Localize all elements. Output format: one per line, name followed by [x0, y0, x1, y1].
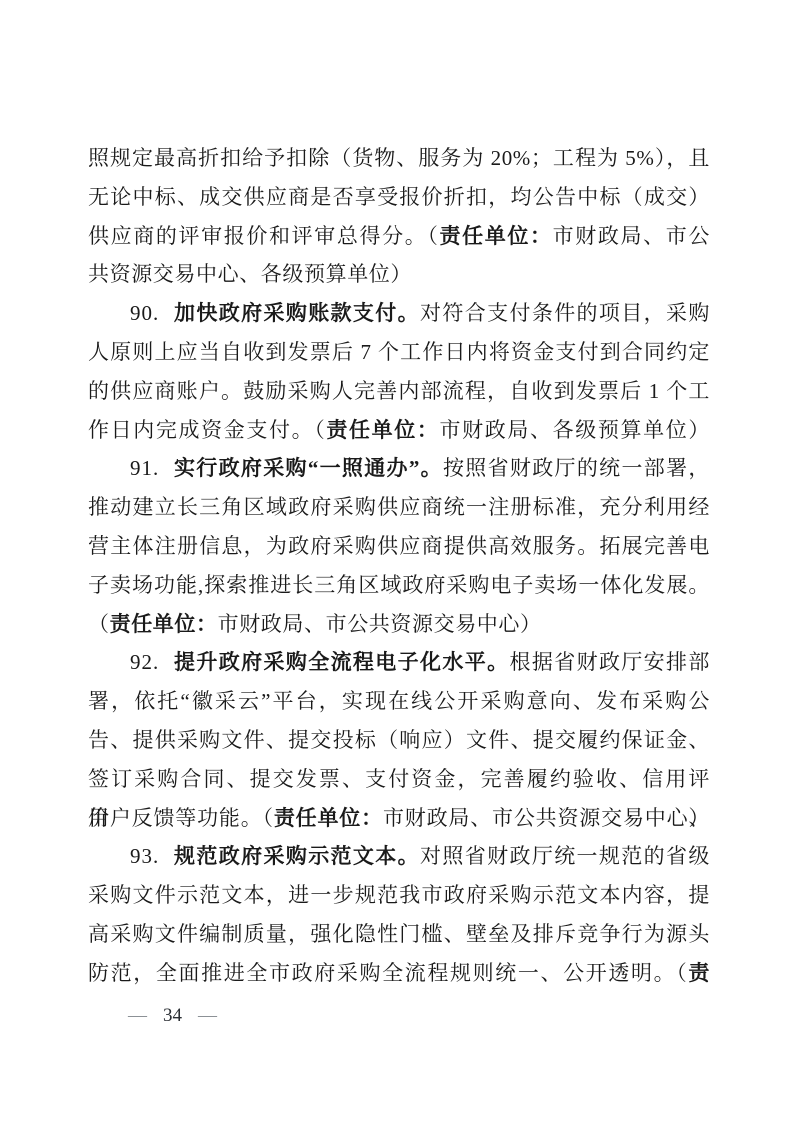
body-text: （: [88, 612, 110, 636]
text-line: 的供应商账户。鼓励采购人完善内部流程，自收到发票后 1 个工: [88, 372, 710, 411]
responsibility-unit: 市财政局、各级预算单位）: [440, 418, 710, 442]
text-line: 90.加快政府采购账款支付。对符合支付条件的项目，采购: [88, 294, 710, 333]
item-title: 加快政府采购账款支付。: [173, 301, 420, 325]
footer-dash-left: —: [128, 1006, 147, 1025]
responsibility-unit: 市财政局、市公共资源交易中心）: [383, 806, 710, 830]
item-title: 提升政府采购全流程电子化水平。: [173, 650, 509, 674]
text-line: 人原则上应当自收到发票后 7 个工作日内将资金支付到合同约定: [88, 333, 710, 372]
text-line: （责任单位：市财政局、市公共资源交易中心）: [88, 605, 710, 644]
paragraph-91: 91.实行政府采购“一照通办”。按照省财政厅的统一部署，推动建立长三角区域政府采…: [88, 449, 710, 643]
body-text: 无论中标、成交供应商是否享受报价折扣，均公告中标（成交）: [88, 185, 710, 209]
paragraph-92: 92.提升政府采购全流程电子化水平。根据省财政厅安排部署，依托“徽采云”平台，实…: [88, 643, 710, 837]
body-text: 照规定最高折扣给予扣除（货物、服务为 20%；工程为 5%），且: [88, 146, 710, 170]
body-text: 署，依托“徽采云”平台，实现在线公开采购意向、发布采购公: [88, 689, 710, 713]
text-line: 共资源交易中心、各级预算单位）: [88, 255, 710, 294]
body-text: 防范，全面推进全市政府采购全流程规则统一、公开透明。（: [88, 961, 688, 985]
body-text: 供应商的评审报价和评审总得分。（: [88, 224, 440, 248]
body-text: 营主体注册信息，为政府采购供应商提供高效服务。拓展完善电: [88, 534, 710, 558]
responsibility-label: 责任单位：: [110, 612, 218, 636]
text-line: 92.提升政府采购全流程电子化水平。根据省财政厅安排部: [88, 643, 710, 682]
text-line: 防范，全面推进全市政府采购全流程规则统一、公开透明。（责: [88, 954, 710, 993]
responsibility-label: 责: [688, 961, 710, 985]
body-text: 推动建立长三角区域政府采购供应商统一注册标准，充分利用经: [88, 495, 710, 519]
responsibility-unit: 市财政局、市公共资源交易中心）: [218, 612, 542, 636]
item-number: 91.: [130, 456, 159, 480]
text-line: 署，依托“徽采云”平台，实现在线公开采购意向、发布采购公: [88, 682, 710, 721]
body-text: 对照省财政厅统一规范的省级: [420, 844, 710, 868]
body-text: 采购文件示范文本，进一步规范我市政府采购示范文本内容，提: [88, 883, 710, 907]
body-text: 按照省财政厅的统一部署，: [443, 456, 710, 480]
page-number: 34: [163, 1006, 182, 1025]
text-line: 高采购文件编制质量，强化隐性门槛、壁垒及排斥竞争行为源头: [88, 915, 710, 954]
item-number: 90.: [130, 301, 159, 325]
text-line: 子卖场功能,探索推进长三角区域政府采购电子卖场一体化发展。: [88, 566, 710, 605]
text-line: 营主体注册信息，为政府采购供应商提供高效服务。拓展完善电: [88, 527, 710, 566]
responsibility-label: 责任单位：: [274, 806, 383, 830]
responsibility-unit: 市财政局、市公: [553, 224, 710, 248]
body-text: 告、提供采购文件、提交投标（响应）文件、提交履约保证金、: [88, 728, 710, 752]
item-title: 实行政府采购“一照通办”。: [173, 456, 443, 480]
paragraph-89-continuation: 照规定最高折扣给予扣除（货物、服务为 20%；工程为 5%），且无论中标、成交供…: [88, 139, 710, 294]
text-line: 无论中标、成交供应商是否享受报价折扣，均公告中标（成交）: [88, 178, 710, 217]
text-line: 供应商的评审报价和评审总得分。（责任单位：市财政局、市公: [88, 217, 710, 256]
body-text: 作日内完成资金支付。（: [88, 418, 326, 442]
body-text: 人原则上应当自收到发票后 7 个工作日内将资金支付到合同约定: [88, 340, 710, 364]
body-text: 根据省财政厅安排部: [509, 650, 710, 674]
page-footer: — 34 —: [128, 1006, 217, 1025]
paragraph-90: 90.加快政府采购账款支付。对符合支付条件的项目，采购人原则上应当自收到发票后 …: [88, 294, 710, 449]
item-number: 92.: [130, 650, 159, 674]
responsibility-label: 责任单位：: [326, 418, 439, 442]
text-line: 用户反馈等功能。（责任单位：市财政局、市公共资源交易中心）: [88, 799, 710, 838]
text-line: 签订采购合同、提交发票、支付资金，完善履约验收、信用评价、: [88, 760, 710, 799]
footer-dash-right: —: [198, 1006, 217, 1025]
document-page: 照规定最高折扣给予扣除（货物、服务为 20%；工程为 5%），且无论中标、成交供…: [0, 0, 793, 1122]
item-title: 规范政府采购示范文本。: [173, 844, 420, 868]
text-line: 推动建立长三角区域政府采购供应商统一注册标准，充分利用经: [88, 488, 710, 527]
item-number: 93.: [130, 844, 159, 868]
text-line: 作日内完成资金支付。（责任单位：市财政局、各级预算单位）: [88, 411, 710, 450]
text-line: 照规定最高折扣给予扣除（货物、服务为 20%；工程为 5%），且: [88, 139, 710, 178]
text-line: 告、提供采购文件、提交投标（响应）文件、提交履约保证金、: [88, 721, 710, 760]
text-line: 93.规范政府采购示范文本。对照省财政厅统一规范的省级: [88, 837, 710, 876]
responsibility-unit: 共资源交易中心、各级预算单位）: [88, 262, 412, 286]
text-line: 采购文件示范文本，进一步规范我市政府采购示范文本内容，提: [88, 876, 710, 915]
body-text: 对符合支付条件的项目，采购: [420, 301, 710, 325]
document-body: 照规定最高折扣给予扣除（货物、服务为 20%；工程为 5%），且无论中标、成交供…: [88, 139, 710, 993]
body-text: 高采购文件编制质量，强化隐性门槛、壁垒及排斥竞争行为源头: [88, 922, 710, 946]
body-text: 用户反馈等功能。（: [88, 806, 274, 830]
text-line: 91.实行政府采购“一照通办”。按照省财政厅的统一部署，: [88, 449, 710, 488]
responsibility-label: 责任单位：: [440, 224, 553, 248]
body-text: 的供应商账户。鼓励采购人完善内部流程，自收到发票后 1 个工: [88, 379, 710, 403]
paragraph-93: 93.规范政府采购示范文本。对照省财政厅统一规范的省级采购文件示范文本，进一步规…: [88, 837, 710, 992]
body-text: 子卖场功能,探索推进长三角区域政府采购电子卖场一体化发展。: [88, 573, 710, 597]
